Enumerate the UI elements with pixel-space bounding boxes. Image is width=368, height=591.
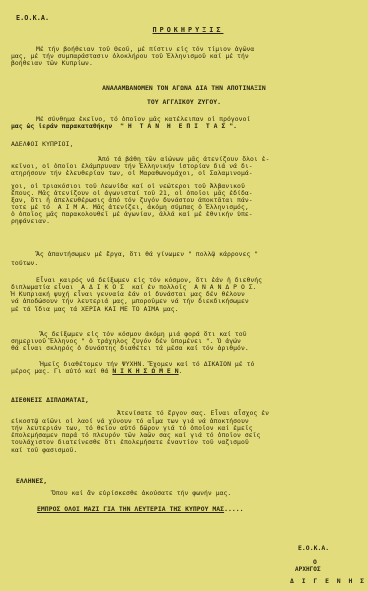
para-line: Ἀτενίσατε τό ἔργον σας. Εἶναι αἶσχος ἐν — [117, 410, 269, 417]
para-line: θά εἶναι σκληρός ὁ δυνάστης διαθέτει τά … — [11, 345, 249, 352]
motto-line: μας ὡς ἱεράν παρακαταθήκην " Η Τ Α Ν Η Ε… — [11, 123, 237, 130]
signature-role: ΑΡΧΗΓΟΣ — [295, 566, 321, 573]
main-heading: ΤΟΥ ΑΓΓΛΙΚΟΥ ΖΥΓΟΥ. — [0, 99, 368, 106]
salutation-cypriots: ΑΔΕΛΦΟΙ ΚΥΠΡΙΟΙ, — [11, 141, 73, 148]
intro-line: βοήθειαν τῶν Κυπρίων. — [11, 60, 93, 67]
para-line: Ὅπου καί ἄν εὑρίσκεσθε ἀκούσατε τήν φωνή… — [52, 490, 231, 497]
header-org: Ε.Ο.Κ.Α. — [16, 15, 49, 22]
main-heading: ΑΝΑΛΑΜΒΑΝΟΜΕΝ ΤΟΝ ΑΓΩΝΑ ΔΙΑ ΤΗΝ ΑΠΟΤΙΝΑΞ… — [0, 85, 368, 92]
para-line: ρηφάνειαν. — [11, 218, 50, 225]
document-title: ΠΡΟΚΗΡΥΞΙΣ — [4, 27, 368, 34]
victory-word: Ν Ι Κ Η Σ Ω Μ Ε Ν — [112, 367, 178, 375]
para-line: μέρος μας. Γι αὐτό καί θά Ν Ι Κ Η Σ Ω Μ … — [11, 368, 183, 375]
rallying-cry-text: ΕΜΠΡΟΣ ΟΛΟΙ ΜΑΖΙ ΓΙΑ ΤΗΝ ΛΕΥΤΕΡΙΑ ΤΗΣ ΚΥ… — [37, 505, 224, 513]
para-line: Ἄς ἀπαντήσωμεν μέ ἔργα, ὅτι θά γίνωμεν "… — [36, 251, 258, 258]
proclamation-document: Ε.Ο.Κ.Α. ΠΡΟΚΗΡΥΞΙΣ Μέ τήν βοήθειαν τοῦ … — [0, 0, 368, 591]
para-line: τούτων. — [11, 260, 38, 267]
text-span: . — [179, 367, 183, 375]
rallying-dots: ..... — [224, 505, 244, 513]
para-line: τουλάχιστον διατείνεσθε ὅτι ἐπολεμήσατε … — [11, 439, 249, 446]
para-line: μέ τά ἴδια μας τά ΧΕΡΙΑ ΚΑΙ ΜΕ ΤΟ ΑΙΜΑ μ… — [11, 306, 179, 313]
para-line: ατηρήσουν τήν ἐλευθερίαν των, οἱ Μαραθων… — [11, 170, 253, 177]
signature-org: Ε.Ο.Κ.Α. — [298, 545, 329, 552]
salutation-diplomats: ΔΙΕΘΝΕΙΣ ΔΙΠΛΩΜΑΤΑΙ, — [11, 397, 89, 404]
signature-article: Ο — [313, 559, 317, 566]
signature-name: Δ Ι Γ Ε Ν Η Σ — [290, 578, 366, 585]
text-span: μέρος μας. Γι αὐτό καί θά — [11, 367, 112, 375]
para-line: καί τοῦ φασισμοῦ. — [11, 447, 77, 454]
salutation-greeks: ΕΛΛΗΝΕΣ, — [16, 478, 47, 485]
rallying-cry: ΕΜΠΡΟΣ ΟΛΟΙ ΜΑΖΙ ΓΙΑ ΤΗΝ ΛΕΥΤΕΡΙΑ ΤΗΣ ΚΥ… — [37, 506, 244, 513]
para-line: νά ἀποδώσουν τήν λευτεριά μας, μποροῦμεν… — [11, 298, 249, 305]
